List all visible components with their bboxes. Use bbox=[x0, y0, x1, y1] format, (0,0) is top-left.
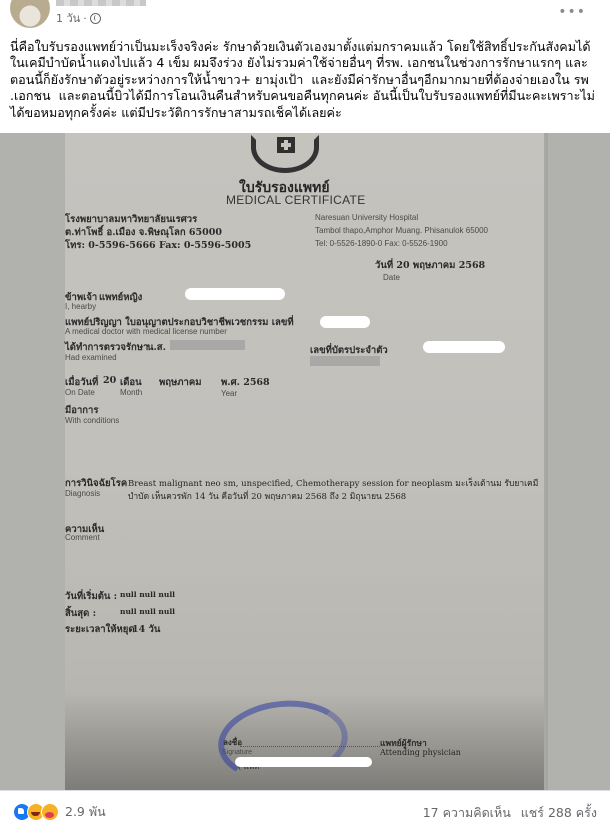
meta-separator: · bbox=[83, 12, 87, 25]
engagement-stats: 17 ความคิดเห็น แชร์ 288 ครั้ง bbox=[423, 803, 597, 820]
license-label-en: A medical doctor with medical license nu… bbox=[65, 327, 227, 336]
start-date-value: null null null bbox=[120, 590, 175, 599]
examined-label-en: Had examined bbox=[65, 353, 117, 362]
post-text: นี่คือใบรับรองแพทย์ว่าเป็นมะเร็งจริงค่ะ … bbox=[10, 39, 606, 121]
certificate-title-en: MEDICAL CERTIFICATE bbox=[226, 193, 366, 207]
hospital-name-en: Naresuan University Hospital bbox=[315, 213, 418, 222]
physician-label-en: Attending physician bbox=[380, 748, 461, 757]
diagnosis-line-2: บำบัด เห็นควรพัก 14 วัน คือวันที่ 20 พฤษ… bbox=[128, 489, 406, 503]
comment-label-en: Comment bbox=[65, 533, 100, 542]
redaction-physician-name bbox=[235, 757, 372, 767]
blurred-idcard-label bbox=[310, 356, 380, 366]
globe-icon bbox=[90, 13, 101, 24]
i-label-en: I, hearby bbox=[65, 302, 96, 311]
year-value: พ.ศ. 2568 bbox=[221, 375, 270, 390]
diagnosis-line-1: Breast malignant neo sm, unspecified, Ch… bbox=[128, 476, 538, 490]
blurred-patient-name bbox=[170, 340, 245, 350]
post-timestamp[interactable]: 1 วัน bbox=[56, 9, 80, 27]
reactions-summary[interactable]: 2.9 พัน bbox=[13, 802, 106, 820]
month-label-en: Month bbox=[120, 388, 142, 397]
post-meta: 1 วัน · bbox=[56, 9, 101, 27]
redaction-license bbox=[320, 316, 370, 328]
comments-count[interactable]: 17 ความคิดเห็น bbox=[423, 803, 511, 820]
hospital-phone-th: โทร: 0-5596-5666 Fax: 0-5596-5005 bbox=[65, 238, 251, 253]
redaction-idcard bbox=[423, 341, 505, 353]
post-footer: 2.9 พัน 17 ความคิดเห็น แชร์ 288 ครั้ง bbox=[0, 790, 610, 820]
shares-count[interactable]: แชร์ 288 ครั้ง bbox=[521, 803, 597, 820]
year-label-en: Year bbox=[221, 389, 237, 398]
rest-period-value: 14 วัน bbox=[132, 622, 160, 637]
medical-certificate: ใบรับรองแพทย์ MEDICAL CERTIFICATE โรงพยา… bbox=[65, 133, 546, 790]
paper-edge bbox=[546, 133, 548, 790]
signature-label-th: ลงชื่อ bbox=[223, 736, 242, 749]
author-name-blurred[interactable] bbox=[56, 0, 146, 6]
on-date-label-en: On Date bbox=[65, 388, 95, 397]
month-value: พฤษภาคม bbox=[159, 375, 202, 390]
end-date-value: null null null bbox=[120, 607, 175, 616]
redaction-doctor-name bbox=[185, 288, 285, 300]
post-header: 1 วัน · ••• bbox=[0, 0, 610, 30]
avatar[interactable] bbox=[10, 0, 50, 28]
reaction-count[interactable]: 2.9 พัน bbox=[65, 802, 106, 820]
cross-icon bbox=[277, 137, 295, 153]
hospital-address-en: Tambol thapo,Amphor Muang. Phisanulok 65… bbox=[315, 226, 488, 235]
on-date-value: 20 bbox=[103, 375, 116, 386]
hospital-phone-en: Tel: 0-5526-1890-0 Fax: 0-5526-1900 bbox=[315, 239, 448, 248]
conditions-label-en: With conditions bbox=[65, 416, 119, 425]
signature-label-en: Signature bbox=[222, 749, 252, 756]
care-reaction-icon bbox=[41, 803, 59, 820]
certificate-date: วันที่ 20 พฤษภาคม 2568 bbox=[375, 258, 485, 273]
diagnosis-label-en: Diagnosis bbox=[65, 489, 100, 498]
more-options-button[interactable]: ••• bbox=[558, 4, 586, 20]
post-photo[interactable]: ใบรับรองแพทย์ MEDICAL CERTIFICATE โรงพยา… bbox=[0, 133, 610, 790]
start-date-label: วันที่เริ่มต้น : bbox=[65, 589, 117, 604]
rest-period-label: ระยะเวลาให้หยุด bbox=[65, 622, 135, 637]
date-label-en: Date bbox=[383, 273, 400, 282]
signature-line bbox=[240, 746, 380, 747]
patient-title: น.ส. bbox=[147, 340, 166, 355]
doctor-title: แพทย์หญิง bbox=[99, 290, 142, 305]
end-date-label: สิ้นสุด : bbox=[65, 606, 96, 621]
